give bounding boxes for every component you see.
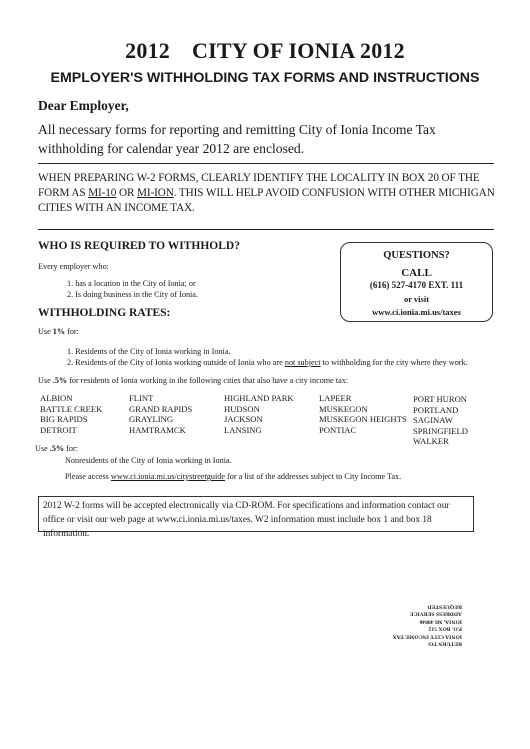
note-text: for a list of the addresses subject to C… bbox=[225, 472, 401, 481]
half-percent-residents-lead: Use .5% for residents of Ionia working i… bbox=[38, 376, 348, 385]
city-name: PORTLAND bbox=[413, 405, 468, 416]
half-percent-nonresidents-lead: Use .5% for: bbox=[35, 444, 78, 453]
note-text: Please access bbox=[65, 472, 111, 481]
cdrom-notice-box: 2012 W-2 forms will be accepted electron… bbox=[38, 496, 474, 532]
return-line: ADDRESS SERVICE REQUESTED bbox=[378, 602, 462, 617]
city-name: GRAYLING bbox=[129, 414, 192, 425]
salutation: Dear Employer, bbox=[38, 98, 129, 114]
city-name: GRAND RAPIDS bbox=[129, 404, 192, 415]
city-name: FLINT bbox=[129, 393, 192, 404]
one-percent-item-2: 2. Residents of the City of Ionia workin… bbox=[67, 358, 468, 367]
who-heading: WHO IS REQUIRED TO WITHHOLD? bbox=[38, 240, 240, 252]
one-percent-lead: Use 1% for: bbox=[38, 327, 79, 336]
city-name: BIG RAPIDS bbox=[40, 414, 102, 425]
city-name: HIGHLAND PARK bbox=[224, 393, 294, 404]
city-name: MUSKEGON bbox=[319, 404, 407, 415]
city-name: HAMTRAMCK bbox=[129, 425, 192, 436]
city-column: PORT HURONPORTLANDSAGINAWSPRINGFIELDWALK… bbox=[413, 394, 468, 447]
city-name: ALBION bbox=[40, 393, 102, 404]
return-line: IONIA, MI 48846 bbox=[378, 617, 462, 624]
return-line: P.O. BOX 512 bbox=[378, 624, 462, 631]
rate-value: .5% bbox=[53, 376, 67, 385]
title-text: CITY OF IONIA 2012 bbox=[192, 38, 405, 63]
divider-top bbox=[38, 163, 494, 164]
lead-text: Use bbox=[35, 444, 50, 453]
city-column: FLINTGRAND RAPIDSGRAYLINGHAMTRAMCK bbox=[129, 393, 192, 435]
document-subtitle: EMPLOYER'S WITHHOLDING TAX FORMS AND INS… bbox=[0, 70, 530, 86]
lead-text: for residents of Ionia working in the fo… bbox=[67, 376, 348, 385]
nonresidents-item: Nonresidents of the City of Ionia workin… bbox=[65, 456, 232, 465]
locality-code-1: MI-10 bbox=[88, 187, 116, 199]
city-column: ALBIONBATTLE CREEKBIG RAPIDSDETROIT bbox=[40, 393, 102, 435]
lead-text: Use bbox=[38, 327, 53, 336]
return-line: RETURN TO: bbox=[378, 639, 462, 646]
rate-value: 1% bbox=[53, 327, 65, 336]
item-text: 2. Residents of the City of Ionia workin… bbox=[67, 358, 285, 367]
return-address: RETURN TO: IONIA CITY INCOME TAX P.O. BO… bbox=[378, 602, 462, 646]
locality-code-2: MI-ION bbox=[137, 187, 174, 199]
one-percent-item-1: 1. Residents of the City of Ionia workin… bbox=[67, 347, 231, 356]
city-name: LAPEER bbox=[319, 393, 407, 404]
lead-text: for: bbox=[65, 327, 79, 336]
questions-url[interactable]: www.ci.ionia.mi.us/taxes bbox=[341, 307, 492, 317]
title-year: 2012 bbox=[125, 38, 170, 63]
city-name: WALKER bbox=[413, 436, 468, 447]
city-name: SPRINGFIELD bbox=[413, 426, 468, 437]
city-column: HIGHLAND PARKHUDSONJACKSONLANSING bbox=[224, 393, 294, 435]
phone-number[interactable]: (616) 527-4170 EXT. 111 bbox=[341, 280, 492, 290]
rate-value: .5% bbox=[50, 444, 64, 453]
call-label: CALL bbox=[341, 267, 492, 279]
rates-heading: WITHHOLDING RATES: bbox=[38, 307, 170, 319]
city-name: MUSKEGON HEIGHTS bbox=[319, 414, 407, 425]
not-subject-text: not subject bbox=[285, 358, 321, 367]
city-name: LANSING bbox=[224, 425, 294, 436]
city-name: SAGINAW bbox=[413, 415, 468, 426]
w2-locality-notice: WHEN PREPARING W-2 FORMS, CLEARLY IDENTI… bbox=[38, 171, 498, 216]
lead-text: Use bbox=[38, 376, 53, 385]
city-name: BATTLE CREEK bbox=[40, 404, 102, 415]
questions-heading: QUESTIONS? bbox=[341, 250, 492, 261]
who-lead: Every employer who: bbox=[38, 262, 109, 271]
street-guide-link[interactable]: www.ci.ionia.mi.us/citystreetguide bbox=[111, 472, 225, 481]
return-line: IONIA CITY INCOME TAX bbox=[378, 632, 462, 639]
who-item-1: 1. has a location in the City of Ionia; … bbox=[67, 279, 196, 288]
city-name: HUDSON bbox=[224, 404, 294, 415]
city-name: PORT HURON bbox=[413, 394, 468, 405]
intro-paragraph: All necessary forms for reporting and re… bbox=[38, 120, 498, 158]
city-name: DETROIT bbox=[40, 425, 102, 436]
notice-text: OR bbox=[116, 187, 137, 199]
street-guide-note: Please access www.ci.ionia.mi.us/citystr… bbox=[65, 472, 401, 481]
or-visit-label: or visit bbox=[341, 294, 492, 304]
lead-text: for: bbox=[64, 444, 78, 453]
questions-box: QUESTIONS? CALL (616) 527-4170 EXT. 111 … bbox=[340, 242, 493, 322]
who-item-2: 2. Is doing business in the City of Ioni… bbox=[67, 290, 198, 299]
city-name: JACKSON bbox=[224, 414, 294, 425]
city-column: LAPEERMUSKEGONMUSKEGON HEIGHTSPONTIAC bbox=[319, 393, 407, 435]
item-text: to withholding for the city where they w… bbox=[321, 358, 468, 367]
divider-bottom bbox=[38, 229, 494, 230]
document-title: 2012CITY OF IONIA 2012 bbox=[0, 38, 530, 64]
city-name: PONTIAC bbox=[319, 425, 407, 436]
